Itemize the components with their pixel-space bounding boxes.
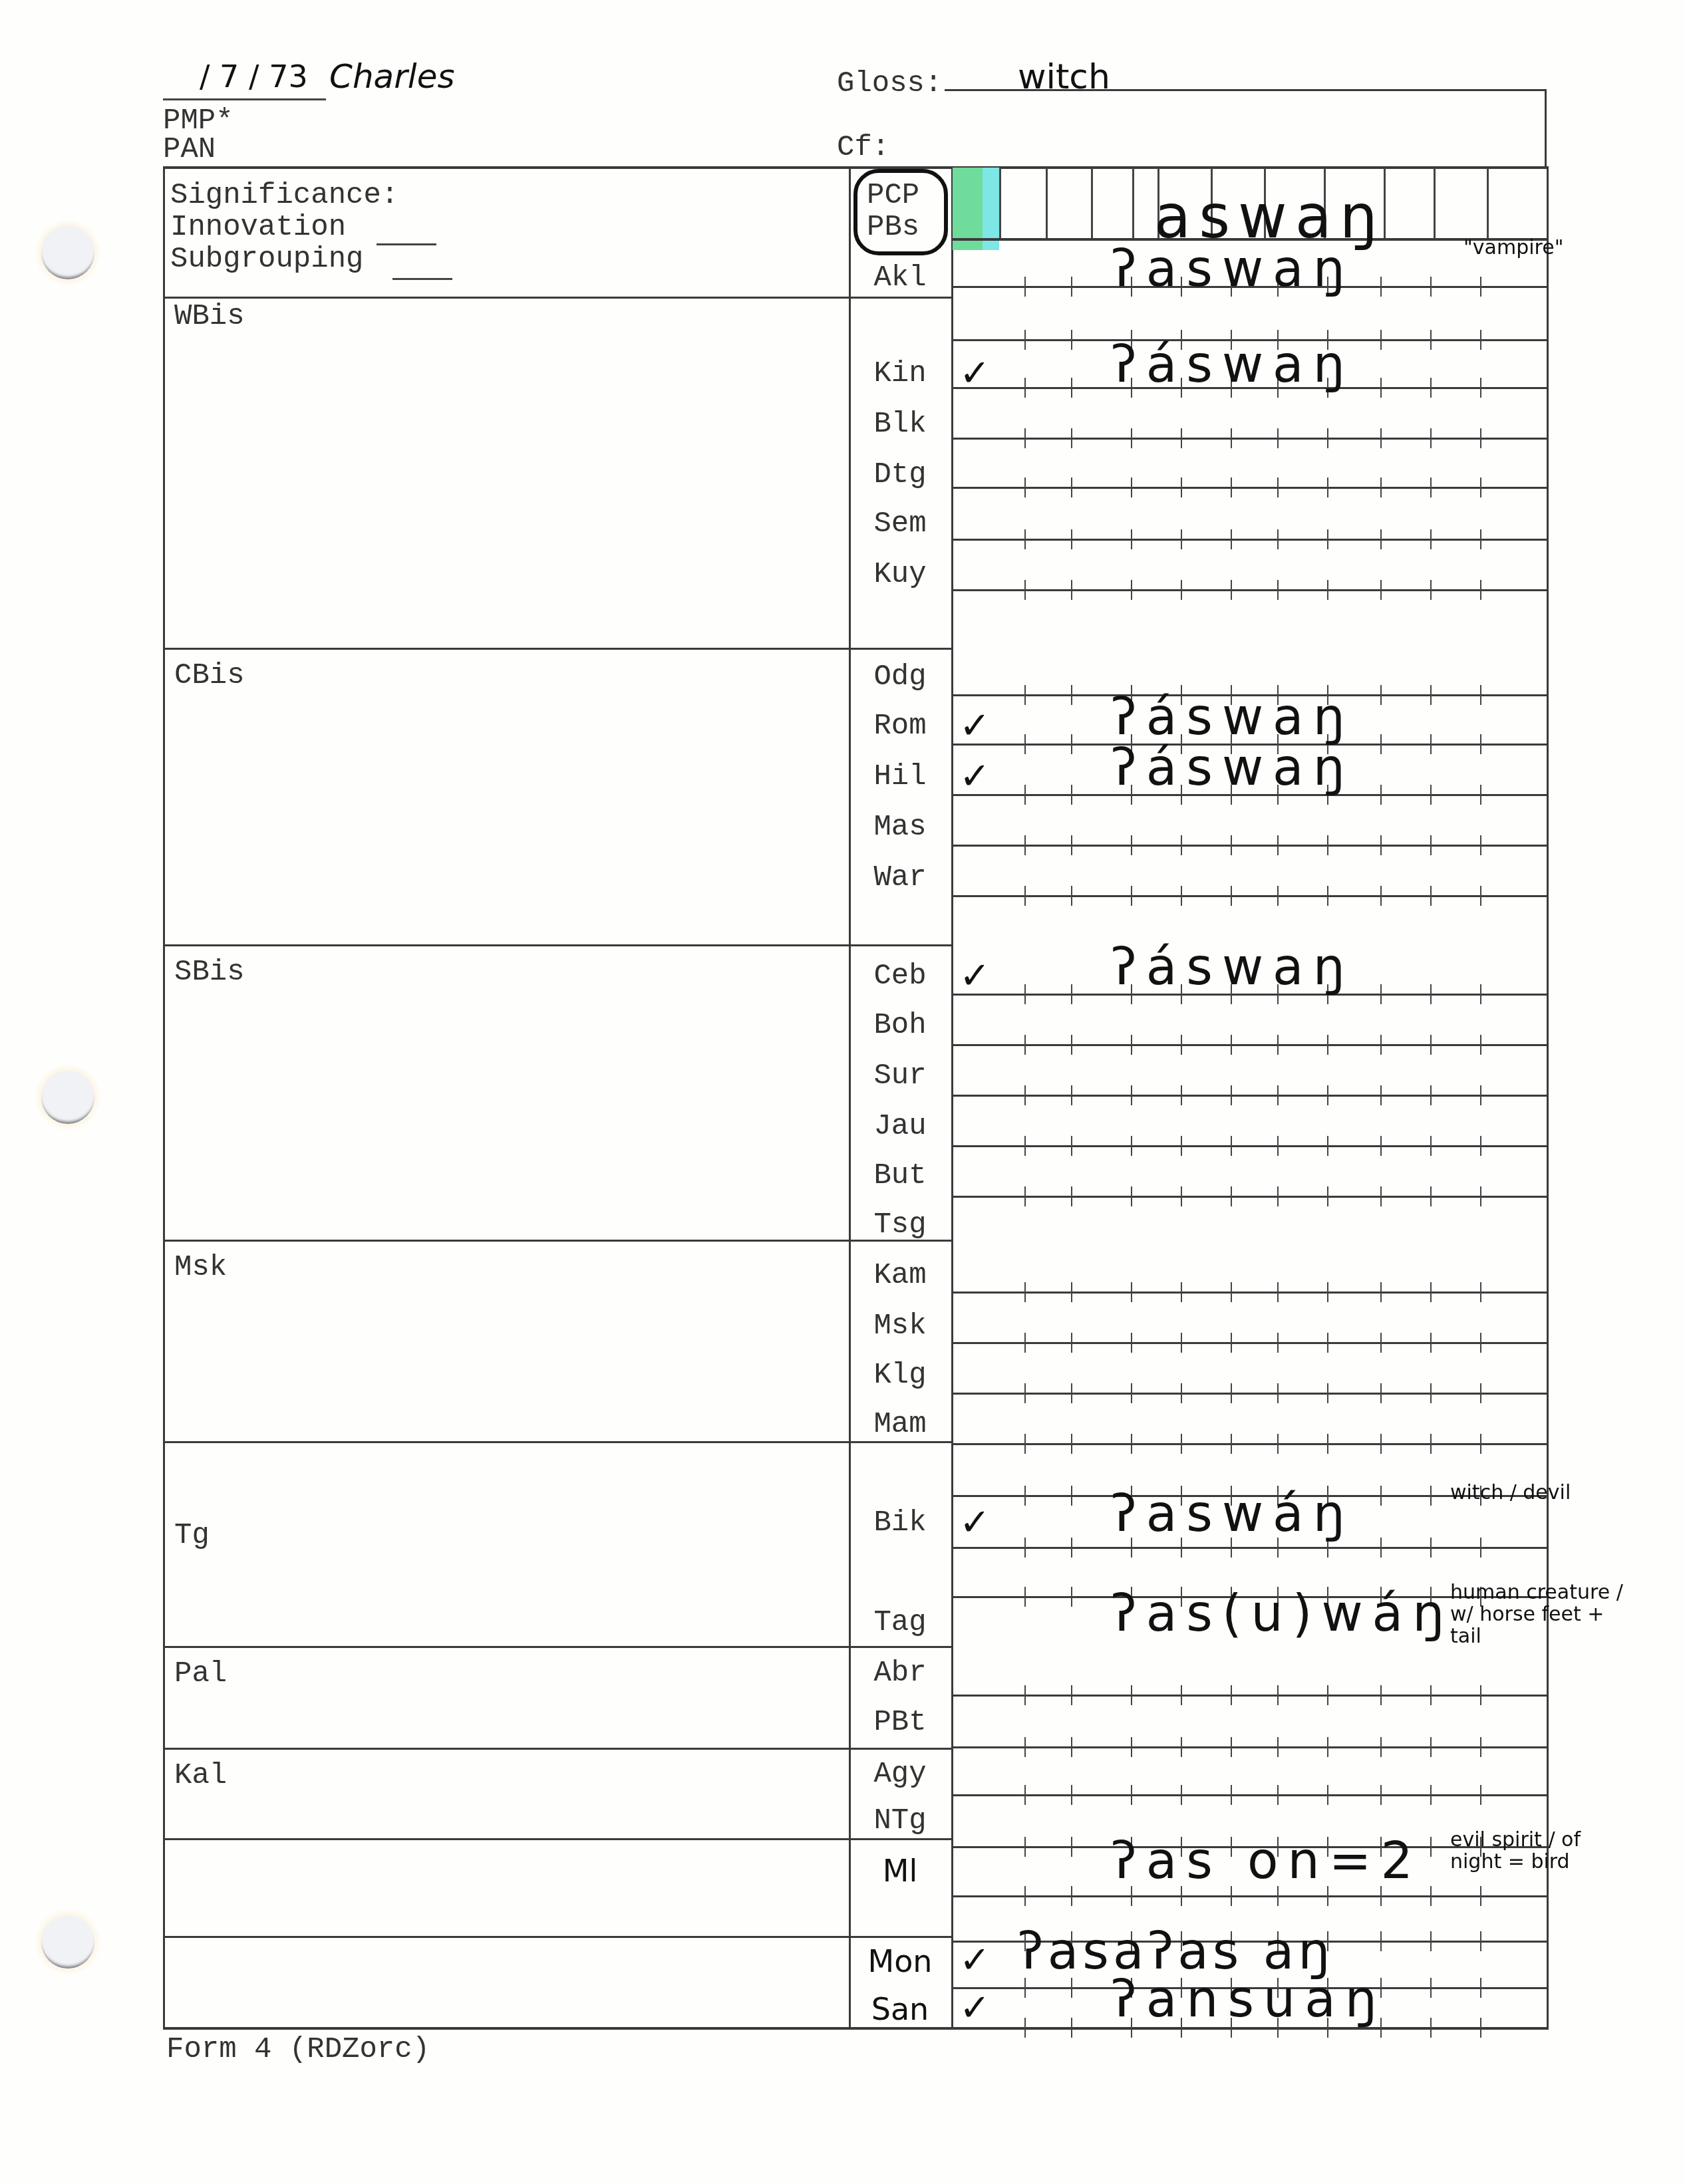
ruled-tick <box>1024 835 1026 855</box>
ruled-tick <box>1024 1886 1026 1906</box>
pan-label: PAN <box>163 135 216 164</box>
ruled-tick <box>1277 580 1279 600</box>
ruled-tick <box>1181 835 1182 855</box>
proto-cell-divider <box>1434 168 1436 238</box>
ruled-tick <box>1181 1685 1182 1705</box>
ruled-tick <box>1024 984 1026 1004</box>
ruled-tick <box>1277 478 1279 497</box>
main-box-right <box>1547 166 1549 2028</box>
ruled-tick <box>1277 1737 1279 1757</box>
ruled-tick <box>1480 1737 1481 1757</box>
ruled-tick <box>1181 529 1182 549</box>
ruled-tick <box>1430 1931 1432 1951</box>
ruled-tick <box>1231 1186 1232 1206</box>
ruled-tick <box>1380 277 1382 297</box>
ruled-tick <box>1277 1282 1279 1302</box>
ruled-tick <box>1380 1434 1382 1454</box>
ruled-tick <box>1231 1685 1232 1705</box>
ruled-tick <box>1071 1282 1072 1302</box>
ruled-tick <box>1430 330 1432 350</box>
ruled-tick <box>1380 1186 1382 1206</box>
ruled-tick <box>1024 685 1026 705</box>
ruled-tick <box>1430 734 1432 754</box>
ruled-tick <box>1181 1333 1182 1353</box>
language-code-ntg: NTg <box>850 1806 950 1836</box>
language-code-ml: Ml <box>850 1855 950 1886</box>
ruled-tick <box>1327 1282 1328 1302</box>
check-mark-icon[interactable]: ✓ <box>959 758 991 795</box>
ruled-tick <box>1024 1685 1026 1705</box>
ruled-tick <box>1480 1538 1481 1558</box>
ruled-tick <box>1024 1785 1026 1805</box>
language-code-mam: Mam <box>850 1410 950 1439</box>
ruled-tick <box>1024 1538 1026 1558</box>
ruled-tick <box>1380 1333 1382 1353</box>
group-label-msk: Msk <box>174 1253 227 1282</box>
ruled-tick <box>1327 478 1328 497</box>
ruled-tick <box>1071 580 1072 600</box>
ruled-line <box>951 1547 1547 1549</box>
ruled-tick <box>1024 1186 1026 1206</box>
ruled-line <box>951 438 1547 440</box>
ruled-tick <box>1071 1886 1072 1906</box>
reflex-form-bik[interactable]: ʔaswáŋ <box>1111 1488 1354 1539</box>
language-code-ceb: Ceb <box>850 962 950 991</box>
ruled-tick <box>1231 1035 1232 1055</box>
ruled-tick <box>1231 835 1232 855</box>
language-code-war: War <box>850 863 950 892</box>
ruled-tick <box>1024 1383 1026 1403</box>
ruled-tick <box>1480 685 1481 705</box>
ruled-tick <box>1071 330 1072 350</box>
reflex-form-ml[interactable]: ʔas on=2 <box>1111 1836 1422 1886</box>
section-divider <box>163 297 951 299</box>
reflex-form-hil[interactable]: ʔáswaŋ <box>1111 742 1354 793</box>
language-code-rom: Rom <box>850 712 950 741</box>
ruled-tick <box>1071 1136 1072 1156</box>
ruled-tick <box>1480 378 1481 398</box>
ruled-tick <box>1024 580 1026 600</box>
language-code-bik: Bik <box>850 1508 950 1538</box>
ruled-tick <box>1071 1538 1072 1558</box>
reflex-form-ceb[interactable]: ʔáswaŋ <box>1111 942 1354 992</box>
ruled-tick <box>1071 1785 1072 1805</box>
language-code-kam: Kam <box>850 1261 950 1290</box>
ruled-tick <box>1231 1136 1232 1156</box>
ruled-tick <box>1181 886 1182 906</box>
ruled-tick <box>1231 1785 1232 1805</box>
reflex-form-san[interactable]: ʔansuaŋ <box>1111 1974 1386 2024</box>
ruled-tick <box>1071 835 1072 855</box>
ruled-tick <box>1430 1136 1432 1156</box>
ruled-tick <box>1131 580 1132 600</box>
innovation-field[interactable] <box>377 243 436 245</box>
language-code-but: But <box>850 1161 950 1190</box>
ruled-tick <box>1231 580 1232 600</box>
ruled-tick <box>1430 1737 1432 1757</box>
ruled-tick <box>1131 1282 1132 1302</box>
ruled-tick <box>1071 378 1072 398</box>
gloss-note-akl: "vampire" <box>1463 237 1650 259</box>
ruled-tick <box>1024 428 1026 448</box>
language-code-odg: Odg <box>850 662 950 692</box>
ruled-tick <box>1071 886 1072 906</box>
proto-cell-divider <box>1487 168 1489 238</box>
ruled-tick <box>1480 1434 1481 1454</box>
ruled-tick <box>1131 1186 1132 1206</box>
ruled-tick <box>1131 1035 1132 1055</box>
reflex-form-kin[interactable]: ʔáswaŋ <box>1111 339 1354 390</box>
ruled-tick <box>1480 886 1481 906</box>
ruled-tick <box>1277 1434 1279 1454</box>
ruled-tick <box>1380 1035 1382 1055</box>
ruled-tick <box>1430 428 1432 448</box>
ruled-tick <box>1024 1434 1026 1454</box>
proto-cell-divider <box>999 168 1001 238</box>
ruled-line <box>951 895 1547 897</box>
ruled-tick <box>1024 529 1026 549</box>
ruled-tick <box>1071 2018 1072 2038</box>
proto-cell-divider <box>1091 168 1093 238</box>
ruled-tick <box>1480 1978 1481 1998</box>
gloss-note-tag: human creature / w/ horse feet + tail <box>1450 1581 1636 1647</box>
ruled-tick <box>1480 2018 1481 2038</box>
ruled-tick <box>1071 428 1072 448</box>
check-mark-icon[interactable]: ✓ <box>959 958 991 995</box>
ruled-line <box>951 589 1547 591</box>
ruled-tick <box>1327 1434 1328 1454</box>
ruled-tick <box>1327 1685 1328 1705</box>
ruled-tick <box>1277 835 1279 855</box>
language-code-jau: Jau <box>850 1112 950 1141</box>
language-code-tsg: Tsg <box>850 1210 950 1240</box>
ruled-tick <box>1071 685 1072 705</box>
language-code-abr: Abr <box>850 1659 950 1688</box>
ruled-tick <box>1231 478 1232 497</box>
ruled-tick <box>1131 1685 1132 1705</box>
ruled-tick <box>1430 478 1432 497</box>
ruled-tick <box>1181 580 1182 600</box>
ruled-tick <box>1430 277 1432 297</box>
ruled-tick <box>1231 1434 1232 1454</box>
language-code-blk: Blk <box>850 410 950 439</box>
ruled-tick <box>1480 1383 1481 1403</box>
ruled-tick <box>1024 1333 1026 1353</box>
ruled-tick <box>1277 1383 1279 1403</box>
ruled-tick <box>1277 1085 1279 1105</box>
ruled-tick <box>1024 785 1026 805</box>
ruled-tick <box>1480 529 1481 549</box>
section-divider <box>163 1936 951 1938</box>
ruled-tick <box>1327 1136 1328 1156</box>
ruled-tick <box>1430 1978 1432 1998</box>
ruled-tick <box>1131 1434 1132 1454</box>
ruled-line <box>951 1145 1547 1147</box>
ruled-tick <box>1071 734 1072 754</box>
group-label-wbis: WBis <box>174 302 245 331</box>
ruled-tick <box>1430 1785 1432 1805</box>
section-divider <box>163 1838 951 1840</box>
ruled-tick <box>1071 1186 1072 1206</box>
ruled-tick <box>1480 984 1481 1004</box>
binder-hole-top <box>41 226 94 279</box>
ruled-tick <box>1131 478 1132 497</box>
gloss-underline <box>945 89 1545 91</box>
language-code-klg: Klg <box>850 1361 950 1390</box>
ruled-tick <box>1071 1333 1072 1353</box>
ruled-tick <box>1380 685 1382 705</box>
ruled-tick <box>1327 580 1328 600</box>
section-divider <box>163 648 951 650</box>
ruled-tick <box>1430 1538 1432 1558</box>
ruled-tick <box>1327 529 1328 549</box>
ruled-tick <box>1380 378 1382 398</box>
ruled-tick <box>1181 1737 1182 1757</box>
data-column-left <box>951 166 953 2028</box>
language-code-boh: Boh <box>850 1011 950 1040</box>
language-code-sur: Sur <box>850 1061 950 1091</box>
ruled-tick <box>1024 886 1026 906</box>
ruled-tick <box>1071 785 1072 805</box>
section-divider <box>163 944 951 946</box>
check-mark-icon[interactable]: ✓ <box>959 1990 991 2027</box>
subgrouping-label: Subgrouping <box>170 245 363 274</box>
language-code-sem: Sem <box>850 509 950 539</box>
ruled-tick <box>1327 886 1328 906</box>
ruled-tick <box>1024 1978 1026 1998</box>
ruled-tick <box>1480 1282 1481 1302</box>
ruled-tick <box>1327 835 1328 855</box>
ruled-tick <box>1071 277 1072 297</box>
ruled-tick <box>1327 428 1328 448</box>
ruled-tick <box>1430 984 1432 1004</box>
ruled-tick <box>1071 1837 1072 1857</box>
ruled-tick <box>1380 984 1382 1004</box>
ruled-tick <box>1430 378 1432 398</box>
ruled-tick <box>1024 1136 1026 1156</box>
ruled-tick <box>1480 478 1481 497</box>
ruled-tick <box>1380 428 1382 448</box>
ruled-tick <box>1327 1785 1328 1805</box>
binder-hole-bottom <box>41 1915 94 1969</box>
date-underline <box>163 98 326 100</box>
language-code-hil: Hil <box>850 762 950 791</box>
language-code-san: San <box>850 1994 950 2024</box>
ruled-tick <box>1380 835 1382 855</box>
ruled-tick <box>1480 1931 1481 1951</box>
ruled-tick <box>1071 529 1072 549</box>
ruled-tick <box>1024 1737 1026 1757</box>
check-mark-icon[interactable]: ✓ <box>959 1504 991 1542</box>
ruled-tick <box>1380 1685 1382 1705</box>
ruled-tick <box>1430 1837 1432 1857</box>
ruled-tick <box>1480 277 1481 297</box>
group-label-sbis: SBis <box>174 958 245 987</box>
language-code-dtg: Dtg <box>850 460 950 489</box>
language-code-pbt: PBt <box>850 1708 950 1737</box>
ruled-tick <box>1430 1282 1432 1302</box>
ruled-tick <box>1480 785 1481 805</box>
language-code-agy: Agy <box>850 1760 950 1789</box>
ruled-tick <box>1131 1085 1132 1105</box>
ruled-tick <box>1380 1085 1382 1105</box>
ruled-tick <box>1277 1186 1279 1206</box>
ruled-tick <box>1327 1383 1328 1403</box>
group-label-cbis: CBis <box>174 661 245 690</box>
ruled-tick <box>1231 428 1232 448</box>
ruled-tick <box>1181 428 1182 448</box>
ruled-tick <box>1181 1085 1182 1105</box>
section-divider <box>163 1748 951 1750</box>
ruled-tick <box>1430 1486 1432 1506</box>
proto-cell-divider <box>1046 168 1048 238</box>
ruled-tick <box>1024 2018 1026 2038</box>
significance-title: Significance: <box>170 181 398 210</box>
gloss-box-right <box>1545 89 1547 166</box>
ruled-tick <box>1024 378 1026 398</box>
ruled-line <box>951 1794 1547 1796</box>
ruled-line <box>951 845 1547 847</box>
ruled-tick <box>1327 1186 1328 1206</box>
gloss-note-ml: evil spirit / of night = bird <box>1450 1829 1636 1873</box>
ruled-tick <box>1131 1785 1132 1805</box>
ruled-tick <box>1131 1333 1132 1353</box>
proto-label-pcp: PCP <box>867 181 919 210</box>
ruled-tick <box>1480 1085 1481 1105</box>
ruled-line <box>951 1393 1547 1395</box>
ruled-tick <box>1277 529 1279 549</box>
ruled-tick <box>1277 428 1279 448</box>
section-divider <box>163 1646 951 1648</box>
ruled-tick <box>1480 734 1481 754</box>
ruled-tick <box>1131 1737 1132 1757</box>
ruled-tick <box>1181 1383 1182 1403</box>
ruled-tick <box>1277 1333 1279 1353</box>
language-code-tag: Tag <box>850 1608 950 1637</box>
ruled-tick <box>1380 478 1382 497</box>
ruled-tick <box>1480 1136 1481 1156</box>
ruled-tick <box>1071 478 1072 497</box>
ruled-tick <box>1327 1333 1328 1353</box>
ruled-tick <box>1380 1737 1382 1757</box>
ruled-tick <box>1024 1085 1026 1105</box>
language-code-akl: Akl <box>850 263 950 293</box>
ruled-tick <box>1327 1085 1328 1105</box>
ruled-tick <box>1071 1737 1072 1757</box>
ruled-tick <box>1430 1685 1432 1705</box>
ruled-tick <box>1181 1282 1182 1302</box>
ruled-tick <box>1430 1434 1432 1454</box>
ruled-tick <box>1024 1282 1026 1302</box>
ruled-tick <box>1480 1785 1481 1805</box>
language-code-mas: Mas <box>850 813 950 842</box>
ruled-tick <box>1380 529 1382 549</box>
gloss-label: Gloss: <box>837 69 942 98</box>
ruled-line <box>951 1196 1547 1198</box>
ruled-tick <box>1430 1085 1432 1105</box>
ruled-tick <box>1380 1785 1382 1805</box>
ruled-tick <box>1181 1035 1182 1055</box>
ruled-tick <box>1430 1383 1432 1403</box>
ruled-tick <box>1380 734 1382 754</box>
ruled-line <box>951 1746 1547 1748</box>
ruled-tick <box>1024 734 1026 754</box>
date: / 7 / 73 <box>200 61 308 92</box>
ruled-tick <box>1277 1136 1279 1156</box>
reflex-form-rom[interactable]: ʔáswaŋ <box>1111 692 1354 742</box>
ruled-tick <box>1430 580 1432 600</box>
ruled-tick <box>1430 1886 1432 1906</box>
ruled-tick <box>1071 984 1072 1004</box>
ruled-line <box>951 1095 1547 1097</box>
ruled-tick <box>1024 277 1026 297</box>
language-code-kin: Kin <box>850 359 950 388</box>
reflex-form-tag[interactable]: ʔas(u)wáŋ <box>1111 1588 1454 1639</box>
ruled-tick <box>1380 1136 1382 1156</box>
ruled-tick <box>1480 580 1481 600</box>
ruled-tick <box>1024 1837 1026 1857</box>
ruled-tick <box>1430 685 1432 705</box>
ruled-tick <box>1024 1035 1026 1055</box>
cf-label: Cf: <box>837 133 889 162</box>
ruled-tick <box>1430 835 1432 855</box>
pmp-label: PMP* <box>163 106 233 136</box>
ruled-tick <box>1231 1282 1232 1302</box>
ruled-tick <box>1480 1685 1481 1705</box>
ruled-line <box>951 1342 1547 1344</box>
ruled-tick <box>1131 835 1132 855</box>
form-id: Form 4 (RDZorc) <box>166 2035 430 2064</box>
ruled-tick <box>1380 1282 1382 1302</box>
ruled-tick <box>1380 1538 1382 1558</box>
ruled-line <box>951 1443 1547 1445</box>
ruled-tick <box>1277 886 1279 906</box>
ruled-line <box>951 1292 1547 1294</box>
ruled-tick <box>1071 1085 1072 1105</box>
check-mark-icon[interactable]: ✓ <box>959 708 991 745</box>
ruled-tick <box>1480 1886 1481 1906</box>
ruled-line <box>951 1895 1547 1897</box>
ruled-tick <box>1480 1035 1481 1055</box>
gloss-note-bik: witch / devil <box>1450 1482 1636 1504</box>
proto-cell-divider <box>1132 168 1134 238</box>
proto-label-pbs: PBs <box>867 213 919 242</box>
ruled-tick <box>1380 886 1382 906</box>
ruled-tick <box>1231 1383 1232 1403</box>
ruled-line <box>951 539 1547 541</box>
author: Charles <box>329 60 455 93</box>
subgrouping-field[interactable] <box>392 278 452 280</box>
ruled-tick <box>1430 2018 1432 2038</box>
ruled-tick <box>1071 1434 1072 1454</box>
language-code-msk: Msk <box>850 1311 950 1341</box>
ruled-tick <box>1024 330 1026 350</box>
ruled-tick <box>1231 886 1232 906</box>
group-label-pal: Pal <box>174 1659 227 1689</box>
ruled-tick <box>1277 1035 1279 1055</box>
ruled-tick <box>1231 1333 1232 1353</box>
ruled-tick <box>1181 1434 1182 1454</box>
reflex-form-akl[interactable]: ʔaswaŋ <box>1111 243 1354 294</box>
ruled-tick <box>1380 785 1382 805</box>
ruled-tick <box>1380 580 1382 600</box>
ruled-tick <box>1131 886 1132 906</box>
ruled-tick <box>1430 886 1432 906</box>
check-mark-icon[interactable]: ✓ <box>959 1942 991 1979</box>
ruled-tick <box>1430 1035 1432 1055</box>
ruled-tick <box>1131 529 1132 549</box>
check-mark-icon[interactable]: ✓ <box>959 355 991 392</box>
